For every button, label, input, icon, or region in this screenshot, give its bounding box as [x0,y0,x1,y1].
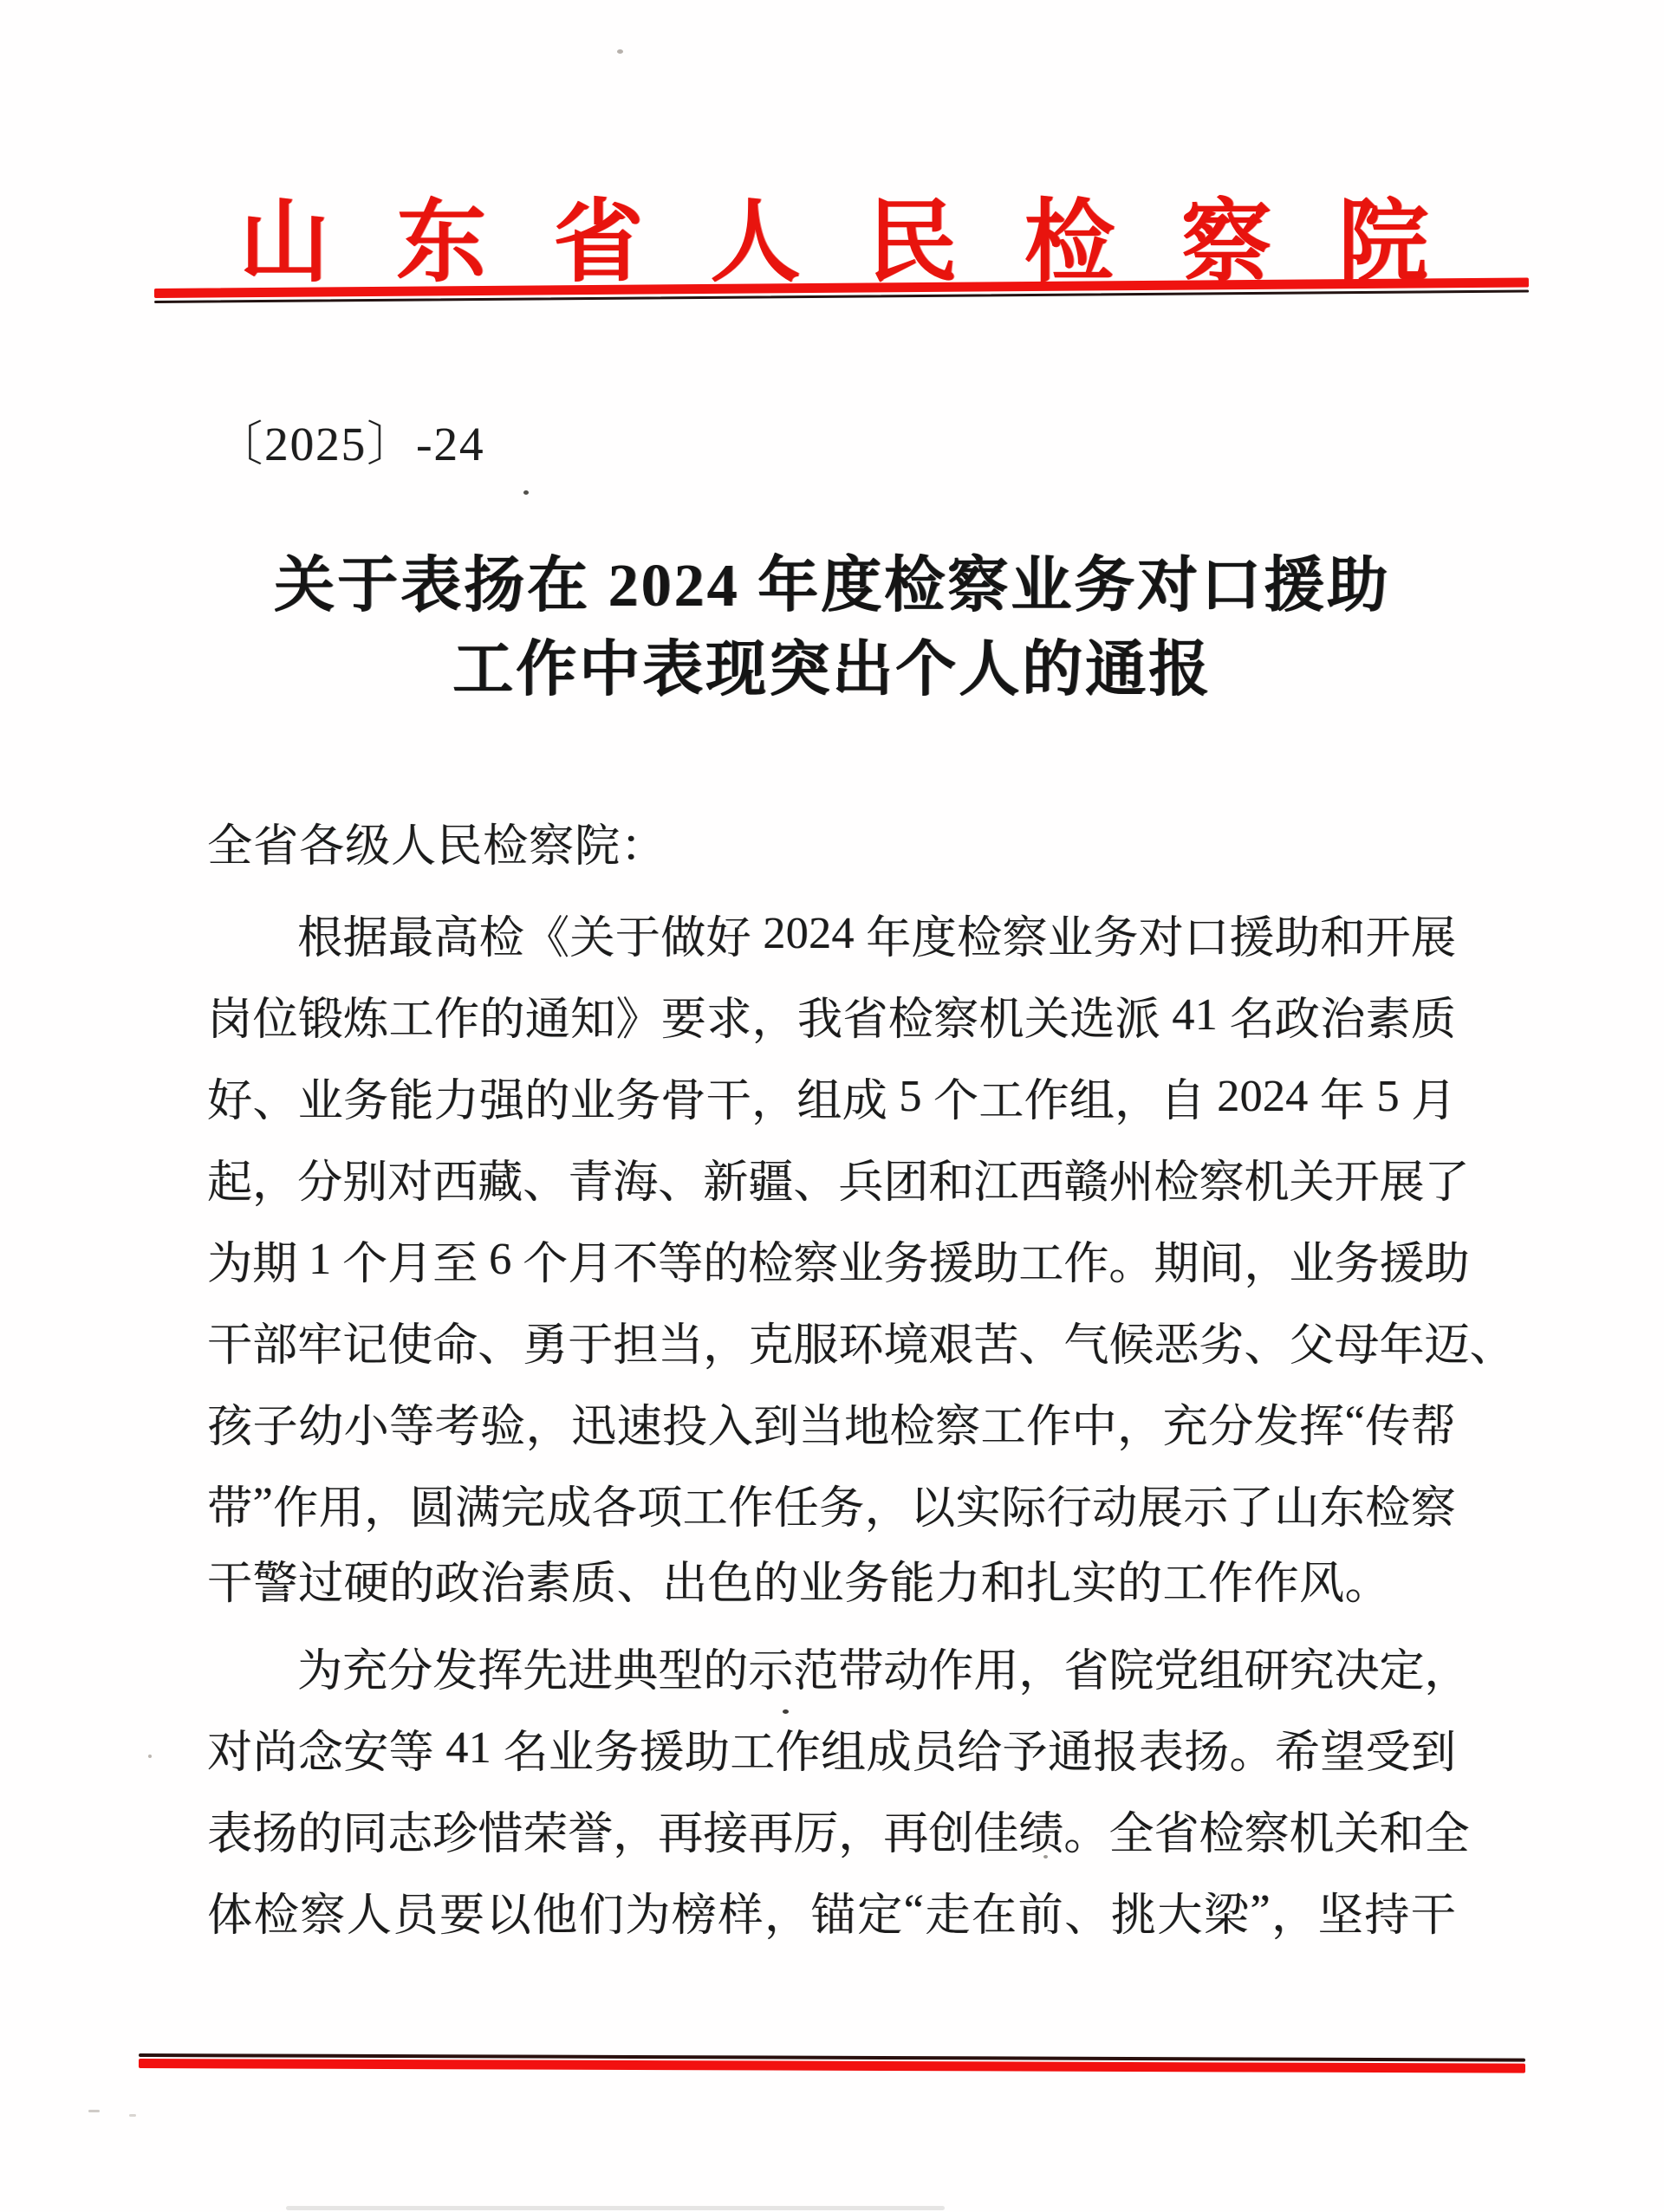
scan-speck [129,2114,136,2117]
scan-speck [523,490,529,495]
document-body: 全省各级人民检察院： 根据最高检《关于做好 2024 年度检察业务对口援助和开展… [207,802,1456,1951]
body-line: 干部牢记使命、勇于担当，克服环境艰苦、气候恶劣、父母年迈、 [207,1300,1456,1381]
body-line: 体检察人员要以他们为榜样，锚定“走在前、挑大梁”，坚持干 [207,1870,1456,1951]
document-number: 〔2025〕-24 [215,405,484,474]
body-line: 为期 1 个月至 6 个月不等的检察业务援助工作。期间，业务援助 [207,1218,1456,1300]
scan-speck [1043,1855,1048,1858]
body-line: 干警过硬的政治素质、出色的业务能力和扎实的工作作风。 [207,1544,1456,1625]
body-line: 表扬的同志珍惜荣誉，再接再厉，再创佳绩。全省检察机关和全 [207,1788,1456,1870]
scan-speck [783,1709,789,1714]
body-line: 对尚念安等 41 名业务援助工作组成员给予通报表扬。希望受到 [207,1707,1456,1788]
document-title: 关于表扬在 2024 年度检察业务对口援助 工作中表现突出个人的通报 [0,544,1664,712]
document-title-line-2: 工作中表现突出个人的通报 [0,628,1664,712]
scanned-document-page: 山东省人民检察院 〔2025〕-24 关于表扬在 2024 年度检察业务对口援助… [0,0,1664,2212]
body-line: 根据最高检《关于做好 2024 年度检察业务对口援助和开展 [207,892,1456,974]
scan-speck [148,1755,152,1758]
body-line: 岗位锻炼工作的通知》要求，我省检察机关选派 41 名政治素质 [207,974,1456,1055]
letterhead-title: 山东省人民检察院 [239,185,1428,282]
scan-speck [88,2110,100,2112]
body-line: 为充分发挥先进典型的示范带动作用，省院党组研究决定， [207,1625,1456,1707]
scan-speck [617,49,623,54]
next-page-shadow [286,2206,945,2210]
body-line: 好、业务能力强的业务骨干，组成 5 个工作组，自 2024 年 5 月 [207,1055,1456,1137]
salutation: 全省各级人民检察院： [207,802,1456,892]
body-line: 带”作用，圆满完成各项工作任务，以实际行动展示了山东检察 [207,1463,1456,1544]
footer-double-rule [139,2053,1525,2073]
body-line: 孩子幼小等考验，迅速投入到当地检察工作中，充分发挥“传帮 [207,1381,1456,1463]
body-line: 起，分别对西藏、青海、新疆、兵团和江西赣州检察机关开展了 [207,1137,1456,1218]
document-title-line-1: 关于表扬在 2024 年度检察业务对口援助 [0,544,1664,628]
